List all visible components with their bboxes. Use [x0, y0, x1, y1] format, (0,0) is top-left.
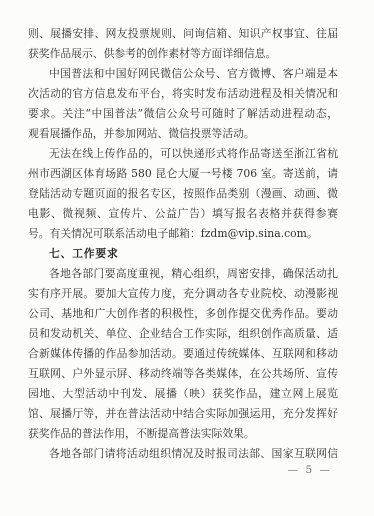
document-text-line: 各地各部门要高度重视，精心组织，周密安排，确保活动扎: [28, 264, 338, 284]
document-text-line: 获奖作品的普法作用，不断提高普法实际效果。: [28, 424, 338, 444]
document-text-line: 州市西湖区体育场路 580 昆仑大厦一号楼 706 室。寄送前，请先: [28, 164, 338, 184]
document-text-line: 互联网、户外显示屏、移动终端等各类媒体，在公共场所、宣传: [28, 364, 338, 384]
document-body: 则、展播安排、网友投票规则、问询信箱、知识产权事宜、往届获奖作品展示、供参考的创…: [28, 24, 338, 464]
document-text-line: 各地各部门请将活动组织情况及时报司法部、国家互联网信: [28, 444, 338, 464]
document-text-line: 要求。关注“中国普法”微信公众号可随时了解活动进程动态，: [28, 104, 338, 124]
document-text-line: 公司、基地和广大创作者的积极性，多创作提交优秀作品。要动: [28, 304, 338, 324]
document-text-line: 电影、微视频、宣传片、公益广告）填写报名表格并获得参赛: [28, 204, 338, 224]
document-text-line: 合新媒体传播的作品参加活动。要通过传统媒体、互联网和移动: [28, 344, 338, 364]
document-text-line: 中国普法和中国好网民微信公众号、官方微博、客户端是本: [28, 64, 338, 84]
scanned-document-page: 则、展播安排、网友投票规则、问询信箱、知识产权事宜、往届获奖作品展示、供参考的创…: [0, 0, 374, 516]
document-text-line: 无法在线上传作品的，可以快递形式将作品寄送至浙江省杭: [28, 144, 338, 164]
document-text-line: 馆、展播厅等，并在普法活动中结合实际加强运用，充分发挥好: [28, 404, 338, 424]
document-text-line: 登陆活动专题页面的报名专区，按照作品类别（漫画、动画、微: [28, 184, 338, 204]
document-text-line: 实有序开展。要加大宣传力度，充分调动各专业院校、动漫影视: [28, 284, 338, 304]
document-text-line: 次活动的官方信息发布平台，将实时发布活动进程及相关情况和: [28, 84, 338, 104]
document-text-line: 号。有关情况可联系活动电子邮箱：fzdm@vip.sina.com。: [28, 224, 338, 244]
document-text-line: 则、展播安排、网友投票规则、问询信箱、知识产权事宜、往届: [28, 24, 338, 44]
document-text-line: 园地、大型活动中刊发、展播（映）获奖作品，建立网上展览: [28, 384, 338, 404]
section-heading: 七、工作要求: [28, 244, 338, 264]
document-text-line: 获奖作品展示、供参考的创作素材等方面详细信息。: [28, 44, 338, 64]
document-text-line: 观看展播作品，并参加网站、微信投票等活动。: [28, 124, 338, 144]
document-text-line: 员和发动机关、单位、企业结合工作实际，组织创作高质量、适: [28, 324, 338, 344]
page-number: — 5 —: [288, 462, 332, 478]
